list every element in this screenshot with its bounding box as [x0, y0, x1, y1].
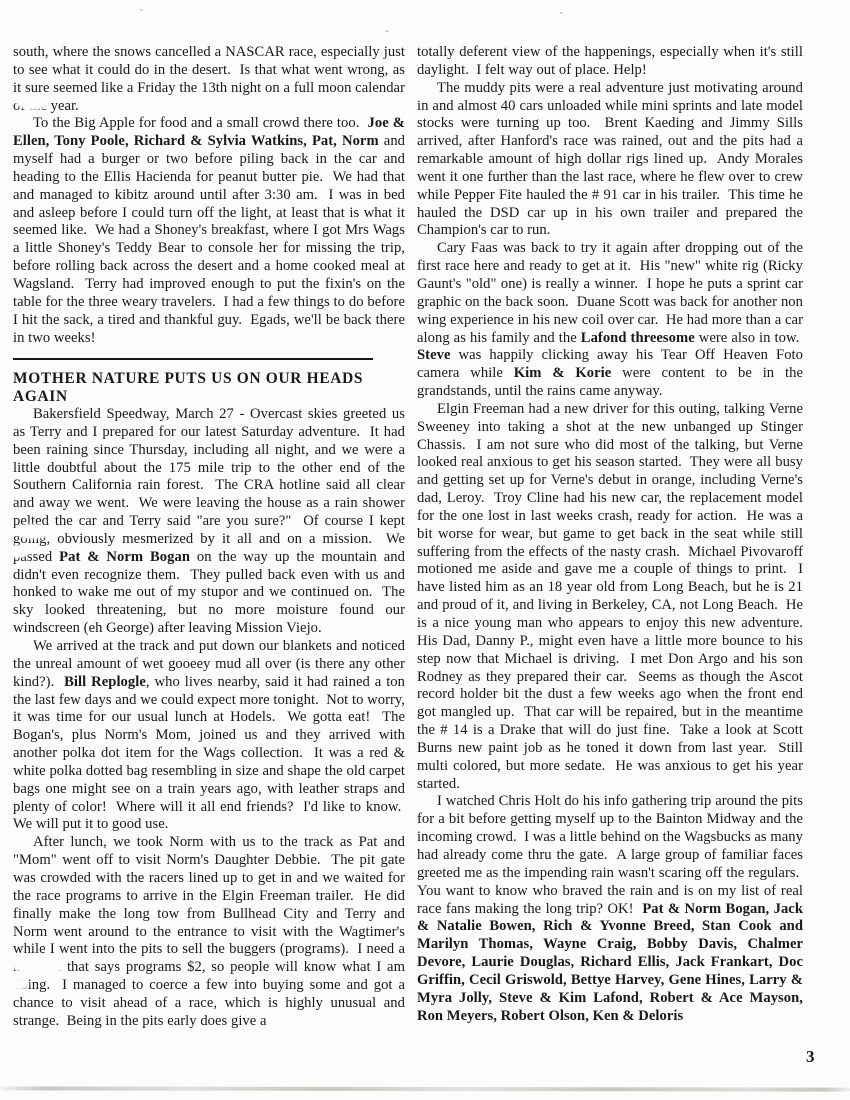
right-column: totally deferent view of the happenings,… — [417, 44, 803, 1025]
scan-edge-artifact — [0, 1086, 850, 1091]
section-heading: MOTHER NATURE PUTS US ON OUR HEADS AGAIN — [13, 370, 405, 406]
text-run: Bakersfield Speedway, March 27 - Overcas… — [13, 406, 405, 565]
body-paragraph: Cary Faas was back to try it again after… — [417, 240, 803, 401]
text-run: , who lives nearby, said it had rained a… — [13, 674, 405, 833]
scan-artifact — [16, 95, 50, 110]
body-paragraph: south, where the snows cancelled a NASCA… — [13, 44, 405, 115]
text-run: I watched Chris Holt do his info gatheri… — [417, 793, 803, 916]
bold-text-run: Pat & Norm Bogan, Jack & Natalie Bowen, … — [417, 901, 803, 1024]
newsletter-page: south, where the snows cancelled a NASCA… — [0, 0, 850, 1100]
text-run: After lunch, we took Norm with us to the… — [13, 834, 405, 1028]
bold-text-run: Pat & Norm Bogan — [59, 549, 190, 565]
body-paragraph: totally deferent view of the happenings,… — [417, 44, 803, 80]
bold-text-run: Lafond threesome — [581, 330, 695, 346]
scan-artifact — [12, 958, 67, 974]
text-run: and myself had a burger or two before pi… — [13, 133, 405, 345]
scan-artifact — [5, 978, 29, 990]
body-paragraph: After lunch, we took Norm with us to the… — [13, 834, 405, 1030]
scan-artifact — [5, 545, 30, 558]
text-run: south, where the snows cancelled a NASCA… — [13, 44, 405, 114]
body-paragraph: Bakersfield Speedway, March 27 - Overcas… — [13, 406, 405, 638]
text-run: The muddy pits were a real adventure jus… — [417, 80, 803, 239]
text-run: Elgin Freeman had a new driver for this … — [417, 401, 803, 792]
body-paragraph: The muddy pits were a real adventure jus… — [417, 80, 803, 241]
scan-artifact — [5, 116, 20, 128]
body-paragraph: To the Big Apple for food and a small cr… — [13, 115, 405, 347]
bold-text-run: MOTHER NATURE PUTS US ON OUR HEADS AGAIN — [13, 370, 363, 405]
scan-artifact — [14, 524, 52, 539]
body-paragraph: Elgin Freeman had a new driver for this … — [417, 401, 803, 794]
text-run: totally deferent view of the happenings,… — [417, 44, 803, 78]
body-paragraph: We arrived at the track and put down our… — [13, 638, 405, 834]
body-paragraph: I watched Chris Holt do his info gatheri… — [417, 793, 803, 1025]
bold-text-run: Kim & Korie — [514, 365, 612, 381]
text-run: were also in tow. — [695, 330, 803, 346]
text-run: To the Big Apple for food and a small cr… — [33, 115, 368, 131]
left-column: south, where the snows cancelled a NASCA… — [13, 44, 405, 1031]
scan-artifact — [385, 30, 389, 32]
bold-text-run: Steve — [417, 347, 450, 363]
bold-text-run: Bill Replogle — [64, 674, 146, 690]
scan-artifact — [560, 12, 563, 14]
section-divider — [13, 358, 373, 360]
scan-artifact — [140, 9, 143, 11]
page-number: 3 — [806, 1047, 815, 1067]
